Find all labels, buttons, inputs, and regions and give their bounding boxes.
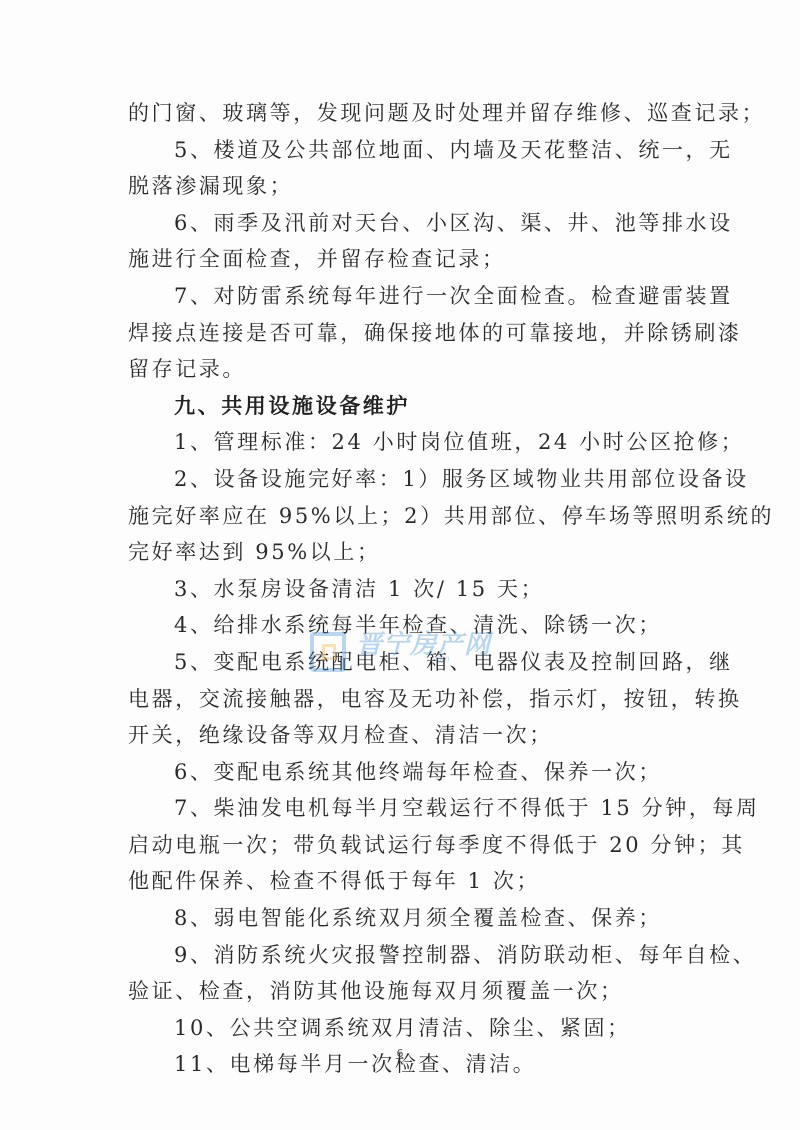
text-line: 5、楼道及公共部位地面、内墙及天花整洁、统一，无 [128, 132, 680, 169]
text-line: 脱落渗漏现象； [128, 168, 680, 205]
text-line: 的门窗、玻璃等，发现问题及时处理并留存维修、巡查记录； [128, 95, 680, 132]
text-line: 施完好率应在 95%以上；2）共用部位、停车场等照明系统的 [128, 498, 680, 535]
document-page: 的门窗、玻璃等，发现问题及时处理并留存维修、巡查记录；5、楼道及公共部位地面、内… [0, 0, 800, 1130]
text-line: 施进行全面检查，并留存检查记录； [128, 241, 680, 278]
text-line: 1、管理标准：24 小时岗位值班，24 小时公区抢修； [128, 424, 680, 461]
text-line: 8、弱电智能化系统双月须全覆盖检查、保养； [128, 900, 680, 937]
section-heading: 九、共用设施设备维护 [128, 388, 680, 425]
text-line: 6、雨季及汛前对天台、小区沟、渠、井、池等排水设 [128, 205, 680, 242]
text-line: 电器，交流接触器，电容及无功补偿，指示灯，按钮，转换 [128, 681, 680, 718]
text-line: 7、对防雷系统每年进行一次全面检查。检查避雷装置 [128, 278, 680, 315]
text-line: 9、消防系统火灾报警控制器、消防联动柜、每年自检、 [128, 937, 680, 974]
text-line: 留存记录。 [128, 351, 680, 388]
page-number: 6 [0, 1047, 800, 1060]
text-line: 2、设备设施完好率：1）服务区域物业共用部位设备设 [128, 461, 680, 498]
text-line: 验证、检查，消防其他设施每双月须覆盖一次； [128, 973, 680, 1010]
text-line: 6、变配电系统其他终端每年检查、保养一次； [128, 754, 680, 791]
text-line: 3、水泵房设备清洁 1 次/ 15 天； [128, 571, 680, 608]
text-line: 4、给排水系统每半年检查、清洗、除锈一次； [128, 607, 680, 644]
text-line: 5、变配电系统配电柜、箱、电器仪表及控制回路，继 [128, 644, 680, 681]
text-line: 7、柴油发电机每半月空载运行不得低于 15 分钟，每周 [128, 790, 680, 827]
text-line: 开关，绝缘设备等双月检查、清洁一次； [128, 717, 680, 754]
text-line: 10、公共空调系统双月清洁、除尘、紧固； [128, 1010, 680, 1047]
text-line: 完好率达到 95%以上； [128, 534, 680, 571]
text-line: 启动电瓶一次；带负载试运行每季度不得低于 20 分钟；其 [128, 827, 680, 864]
text-line: 他配件保养、检查不得低于每年 1 次； [128, 863, 680, 900]
document-body: 的门窗、玻璃等，发现问题及时处理并留存维修、巡查记录；5、楼道及公共部位地面、内… [128, 95, 680, 1083]
text-line: 焊接点连接是否可靠，确保接地体的可靠接地，并除锈刷漆 [128, 315, 680, 352]
